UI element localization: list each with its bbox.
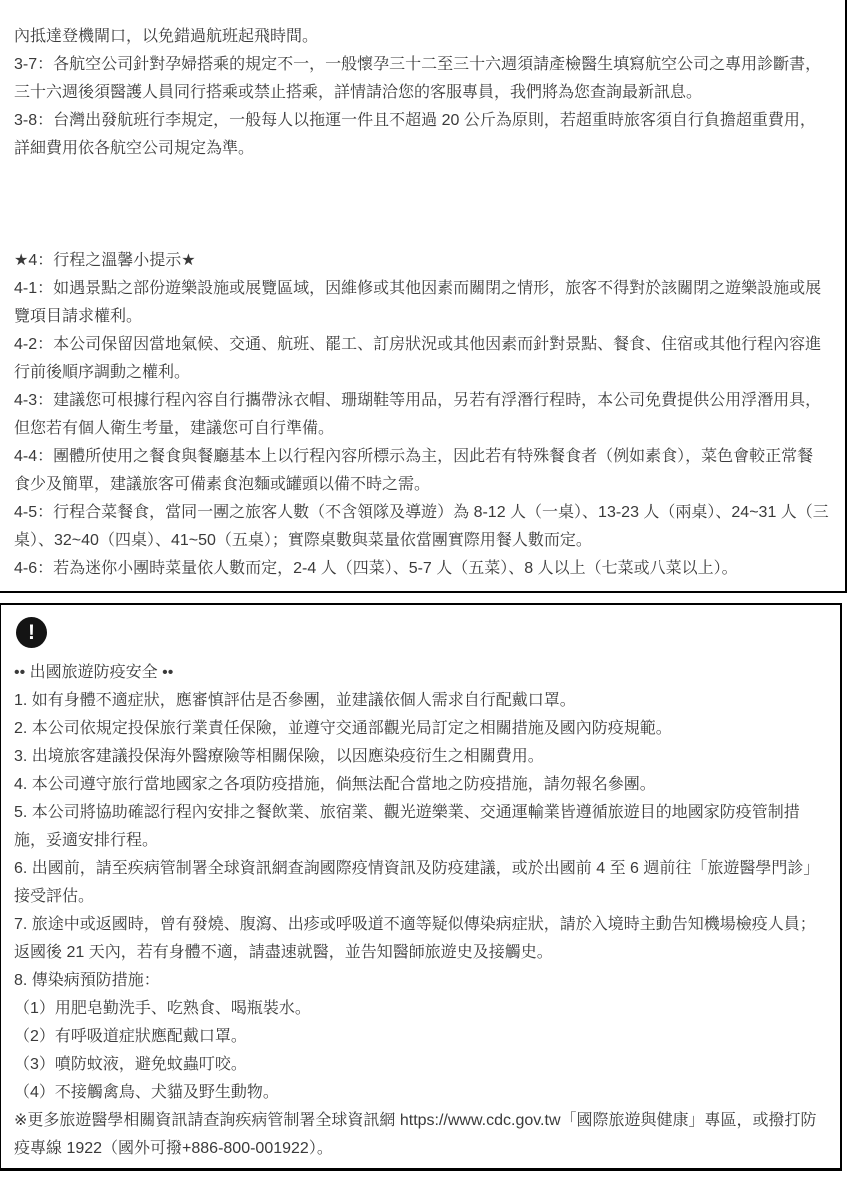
- tip-4-1: 4-1：如遇景點之部份遊樂設施或展覽區域，因維修或其他因素而關閉之情形，旅客不得…: [14, 275, 829, 331]
- covid-item-1: 1. 如有身體不適症狀，應審慎評估是否參團，並建議依個人需求自行配戴口罩。: [14, 687, 826, 715]
- covid-subitem-2: （2）有呼吸道症狀應配戴口罩。: [14, 1023, 826, 1051]
- covid-item-7: 7. 旅途中或返國時，曾有發燒、腹瀉、出疹或呼吸道不適等疑似傳染病症狀，請於入境…: [14, 911, 826, 967]
- note-3-7: 3-7：各航空公司針對孕婦搭乘的規定不一，一般懷孕三十二至三十六週須請產檢醫生填…: [14, 51, 829, 107]
- covid-subitem-3: （3）噴防蚊液，避免蚊蟲叮咬。: [14, 1051, 826, 1079]
- covid-section-heading: •• 出國旅遊防疫安全 ••: [14, 659, 826, 687]
- covid-item-2: 2. 本公司依規定投保旅行業責任保險，並遵守交通部觀光局訂定之相關措施及國內防疫…: [14, 715, 826, 743]
- tip-4-5: 4-5：行程合菜餐食，當同一團之旅客人數（不含領隊及導遊）為 8-12 人（一桌…: [14, 499, 829, 555]
- tip-4-2: 4-2：本公司保留因當地氣候、交通、航班、罷工、訂房狀況或其他因素而針對景點、餐…: [14, 331, 829, 387]
- travel-terms-page: { "colors": { "text": "#3a3a3a", "border…: [0, 0, 849, 1177]
- tip-4-3: 4-3：建議您可根據行程內容自行攜帶泳衣帽、珊瑚鞋等用品，另若有浮潛行程時，本公…: [14, 387, 829, 443]
- covid-item-8: 8. 傳染病預防措施：: [14, 967, 826, 995]
- covid-safety-box: ! •• 出國旅遊防疫安全 •• 1. 如有身體不適症狀，應審慎評估是否參團，並…: [0, 603, 842, 1171]
- covid-item-5: 5. 本公司將協助確認行程內安排之餐飲業、旅宿業、觀光遊樂業、交通運輸業皆遵循旅…: [14, 799, 826, 855]
- exclamation-glyph: !: [28, 622, 35, 643]
- covid-footnote: ※更多旅遊醫學相關資訊請查詢疾病管制署全球資訊網 https://www.cdc…: [14, 1107, 826, 1163]
- tip-4-6: 4-6：若為迷你小團時菜量依人數而定，2-4 人（四菜）、5-7 人（五菜）、8…: [14, 555, 829, 583]
- covid-item-4: 4. 本公司遵守旅行當地國家之各項防疫措施，倘無法配合當地之防疫措施，請勿報名參…: [14, 771, 826, 799]
- covid-item-6: 6. 出國前，請至疾病管制署全球資訊網查詢國際疫情資訊及防疫建議，或於出國前 4…: [14, 855, 826, 911]
- tip-4-4: 4-4：團體所使用之餐食與餐廳基本上以行程內容所標示為主，因此若有特殊餐食者（例…: [14, 443, 829, 499]
- flight-and-tips-box: 內抵達登機閘口，以免錯過航班起飛時間。 3-7：各航空公司針對孕婦搭乘的規定不一…: [0, 0, 847, 593]
- continuation-text: 內抵達登機閘口，以免錯過航班起飛時間。: [14, 23, 829, 51]
- covid-subitem-1: （1）用肥皂勤洗手、吃熟食、喝瓶裝水。: [14, 995, 826, 1023]
- tips-section-title: ★4：行程之溫馨小提示★: [14, 247, 829, 275]
- covid-subitem-4: （4）不接觸禽鳥、犬貓及野生動物。: [14, 1079, 826, 1107]
- exclamation-icon: !: [16, 617, 47, 648]
- note-3-8: 3-8：台灣出發航班行李規定，一般每人以拖運一件且不超過 20 公斤為原則，若超…: [14, 107, 829, 163]
- covid-item-3: 3. 出境旅客建議投保海外醫療險等相關保險，以因應染疫衍生之相關費用。: [14, 743, 826, 771]
